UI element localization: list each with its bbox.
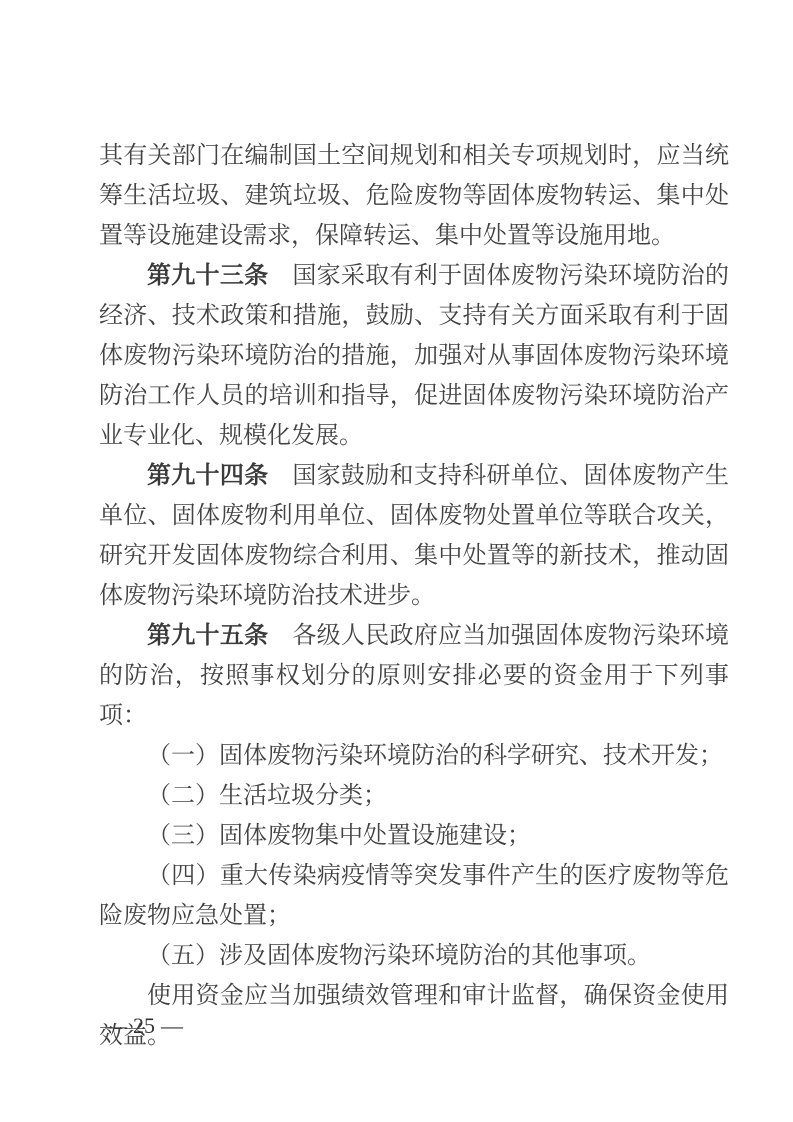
article-text: 国家采取有利于固体废物污染环境防治的经济、技术政策和措施，鼓励、支持有关方面采取…	[99, 262, 729, 449]
footer-left-dash: —	[105, 1012, 127, 1040]
list-item-paragraph: （二）生活垃圾分类；	[99, 776, 729, 816]
article-number: 第九十四条	[147, 462, 268, 489]
list-item-paragraph: （一）固体废物污染环境防治的科学研究、技术开发；	[99, 736, 729, 776]
article-number: 第九十五条	[147, 622, 268, 649]
article-number: 第九十三条	[147, 262, 268, 289]
list-item-paragraph: （五）涉及固体废物污染环境防治的其他事项。	[99, 936, 729, 976]
text-content: 其有关部门在编制国土空间规划和相关专项规划时，应当统筹生活垃圾、建筑垃圾、危险废…	[99, 136, 729, 1056]
page-number: —25—	[99, 1012, 189, 1040]
footer-page-number: 25	[133, 1013, 155, 1038]
list-item-paragraph: （四）重大传染病疫情等突发事件产生的医疗废物等危险废物应急处置；	[99, 856, 729, 936]
document-page: 其有关部门在编制国土空间规划和相关专项规划时，应当统筹生活垃圾、建筑垃圾、危险废…	[0, 0, 793, 1122]
paragraph: 其有关部门在编制国土空间规划和相关专项规划时，应当统筹生活垃圾、建筑垃圾、危险废…	[99, 136, 729, 256]
paragraph: 使用资金应当加强绩效管理和审计监督，确保资金使用效益。	[99, 976, 729, 1056]
footer-right-dash: —	[161, 1012, 183, 1040]
article-paragraph: 第九十五条各级人民政府应当加强固体废物污染环境的防治，按照事权划分的原则安排必要…	[99, 616, 729, 736]
article-paragraph: 第九十四条国家鼓励和支持科研单位、固体废物产生单位、固体废物利用单位、固体废物处…	[99, 456, 729, 616]
article-paragraph: 第九十三条国家采取有利于固体废物污染环境防治的经济、技术政策和措施，鼓励、支持有…	[99, 256, 729, 456]
list-item-paragraph: （三）固体废物集中处置设施建设；	[99, 816, 729, 856]
